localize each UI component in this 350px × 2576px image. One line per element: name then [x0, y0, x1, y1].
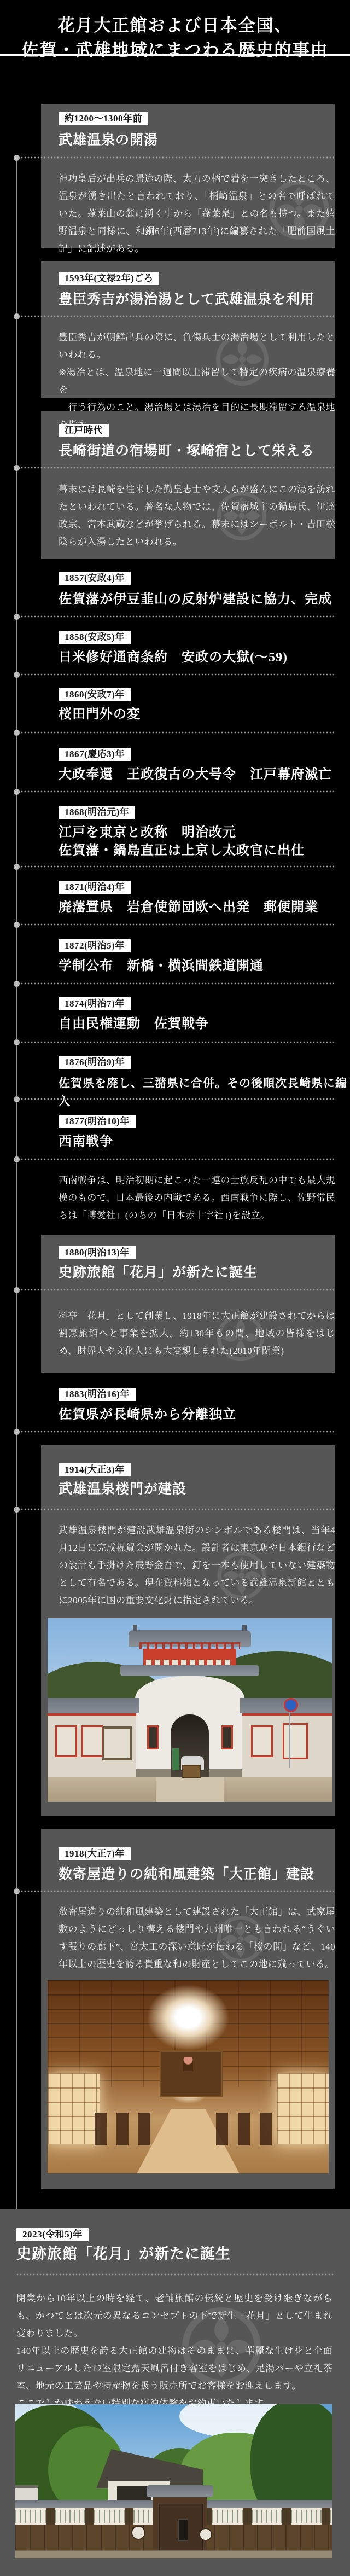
- gate-window: [147, 1725, 159, 1749]
- dotted-divider: [21, 1890, 334, 1892]
- timeline-dot: [14, 1096, 20, 1102]
- entry-17-title: 史跡旅館「花月」が新たに誕生: [16, 2245, 231, 2263]
- entry-12-title: 西南戦争: [59, 1133, 113, 1151]
- chair-row-right: [216, 2113, 282, 2145]
- right-wing-window: [251, 1725, 273, 1757]
- dotted-divider: [21, 673, 334, 676]
- timeline-dot: [14, 614, 20, 620]
- timeline-dot: [14, 789, 20, 795]
- page-title: 花月大正館および日本全国、 佐賀・武雄地域にまつわる歴史的事由: [0, 11, 350, 64]
- dotted-divider: [21, 1508, 334, 1510]
- no-parking-sign: [284, 1698, 298, 1712]
- entry-13-label: 1880(明治13)年: [59, 1246, 136, 1259]
- timeline-dot: [14, 1507, 20, 1513]
- path: [156, 1777, 224, 1802]
- entry-15-body: 武雄温泉楼門が建設武雄温泉街のシンボルである楼門は、当年4月12日に完成祝賀会が…: [59, 1522, 335, 1609]
- shoji-window-right: [277, 2073, 329, 2144]
- dotted-divider: [21, 1098, 334, 1100]
- right-wing-window: [283, 1723, 308, 1759]
- entry-13-body: 料亭「花月」として創業し、1918年に大正館が建設されてからは割烹旅館へと事業を…: [59, 1307, 335, 1360]
- timeline-dot: [14, 1156, 20, 1162]
- wooden-sign: [182, 1765, 201, 1778]
- entry-8-title: 廃藩置県 岩倉使節団欧へ出発 郵便開業: [59, 899, 318, 917]
- dotted-divider: [21, 467, 334, 469]
- timeline-dot: [14, 672, 20, 678]
- entry-1-title: 豊臣秀吉が湯治湯として武雄温泉を利用: [59, 290, 314, 309]
- entry-16-title: 数寄屋造りの純和風建築「大正館」建設: [59, 1865, 314, 1883]
- chair-row-left: [95, 2113, 160, 2145]
- entry-2-label: 江戸時代: [59, 424, 109, 437]
- entry-16-body: 数寄屋造りの純和風建築として建設された「大正館」は、武家屋敷のようにどっしり構え…: [59, 1903, 335, 1973]
- entry-1-body: 豊臣秀吉が朝鮮出兵の際に、負傷兵士の湯治場として利用したといわれる。 ※湯治とは…: [59, 329, 335, 434]
- entry-12-body: 西南戦争は、明治初期に起こった一連の士族反乱の中でも最大規模のもので、日本最後の…: [59, 1172, 335, 1224]
- entry-11-label: 1876(明治9)年: [59, 1056, 131, 1069]
- timeline-dot: [14, 313, 20, 319]
- timeline-dot: [14, 465, 20, 471]
- gate-window: [221, 1725, 233, 1749]
- entry-7-title: 江戸を東京と改称 明治改元 佐賀藩・鍋島直正は上京し太政官に出仕: [59, 824, 305, 860]
- dotted-divider: [21, 865, 334, 868]
- entry-14-label: 1883(明治16)年: [59, 1388, 136, 1401]
- photo-romon-gate: [48, 1618, 332, 1802]
- timeline-page: 花月大正館および日本全国、 佐賀・武雄地域にまつわる歴史的事由 約1200〜13…: [0, 0, 350, 2576]
- entry-13-title: 史跡旅館「花月」が新たに誕生: [59, 1264, 258, 1282]
- entry-9-label: 1872(明治5)年: [59, 939, 131, 952]
- photo-kagetsu-exterior: [15, 2404, 332, 2558]
- timeline-dot: [14, 155, 20, 161]
- entry-14-title: 佐賀県が長崎県から分離独立: [59, 1406, 236, 1424]
- entry-15-title: 武雄温泉楼門が建設: [59, 1480, 186, 1498]
- shoji-window-left: [48, 2073, 100, 2144]
- gate-arch-frieze: [146, 1660, 234, 1665]
- timeline-dot: [14, 981, 20, 987]
- timeline-dot: [14, 1287, 20, 1293]
- dotted-divider: [21, 982, 334, 985]
- entry-10-title: 自由民権運動 佐賀戦争: [59, 1015, 209, 1033]
- timeline-dot: [14, 1039, 20, 1045]
- entry-6-label: 1867(慶応3)年: [59, 748, 131, 761]
- stone-base: [15, 2550, 332, 2558]
- title-divider: [0, 54, 350, 56]
- dotted-divider: [21, 731, 334, 734]
- signboard: [102, 1726, 132, 1760]
- dotted-divider: [21, 315, 334, 317]
- entry-5-label: 1860(安政7)年: [59, 688, 131, 701]
- timeline-dot: [14, 1888, 20, 1894]
- entry-11-title: 佐賀県を廃し、三潴県に合併。その後順次長崎県に編入: [59, 1074, 350, 1110]
- entry-7-label: 1868(明治元)年: [59, 806, 135, 819]
- timeline-dot: [14, 922, 20, 928]
- roof-finial: [133, 1625, 137, 1631]
- dotted-divider: [21, 1041, 334, 1043]
- photo-taishokan-interior: [48, 1980, 329, 2173]
- gate-crest-circle: [131, 2526, 145, 2540]
- entry-9-title: 学制公布 新橋・横浜間鉄道開通: [59, 957, 264, 975]
- left-wing-window: [55, 1725, 77, 1757]
- dotted-divider: [21, 790, 334, 793]
- entry-12-label: 1877(明治10)年: [59, 1115, 136, 1128]
- entry-17-label: 2023(令和5)年: [16, 2228, 89, 2241]
- dotted-divider: [21, 615, 334, 618]
- entry-0-title: 武雄温泉の開湯: [59, 131, 158, 149]
- entry-0-body: 神功皇后が出兵の帰途の際、太刀の柄で岩を一突きしたところ、温泉が湧き出たと言われ…: [59, 170, 335, 258]
- green-stand: [172, 1748, 179, 1770]
- entry-10-label: 1874(明治7)年: [59, 997, 131, 1010]
- entry-5-title: 桜田門外の変: [59, 706, 141, 724]
- dotted-divider: [21, 156, 334, 159]
- timeline-dot: [14, 864, 20, 870]
- entry-17-body: 閉業から10年以上の時を経て、老舗旅館の伝統と歴史を受け継ぎながらも、かつてとは…: [16, 2290, 332, 2412]
- left-wing-window: [81, 1725, 103, 1757]
- entry-16-label: 1918(大正7)年: [59, 1847, 131, 1860]
- timeline-dot: [14, 1429, 20, 1435]
- fence-crest-circle: [199, 2528, 212, 2541]
- entry-0-label: 約1200〜1300年前: [59, 112, 148, 125]
- dotted-divider: [16, 2273, 334, 2276]
- gate-second-roof: [120, 1665, 259, 1676]
- chandelier-glow: [147, 1985, 229, 2050]
- dotted-divider: [21, 923, 334, 926]
- left-wing-roof: [48, 1698, 139, 1713]
- entry-2-title: 長崎街道の宿場町・塚崎宿として栄える: [59, 442, 314, 460]
- entry-3-label: 1857(安政4)年: [59, 572, 131, 585]
- dotted-divider: [21, 1289, 334, 1291]
- gate-sign: [178, 2519, 188, 2541]
- entry-4-label: 1858(安政5)年: [59, 631, 131, 644]
- entry-1-label: 1593年(文禄2年)ごろ: [59, 272, 159, 285]
- entry-2-body: 幕末には長崎を往来した勤皇志士や文人らが盛んにこの湯を訪れたといわれている。著名…: [59, 481, 335, 551]
- roof-finial: [242, 1625, 247, 1631]
- flower-arrangement: [183, 2057, 193, 2071]
- entry-8-label: 1871(明治4)年: [59, 881, 131, 894]
- dotted-divider: [21, 1158, 334, 1160]
- dotted-divider: [21, 1431, 334, 1433]
- entry-4-title: 日米修好通商条約 安政の大獄(〜59): [59, 649, 288, 667]
- timeline-dot: [14, 730, 20, 736]
- gate-roof: [147, 2485, 213, 2497]
- entry-6-title: 大政奉還 王政復古の大号令 江戸幕府滅亡: [59, 766, 332, 784]
- entry-3-title: 佐賀藩が伊豆韮山の反射炉建設に協力、完成: [59, 591, 332, 609]
- entry-15-label: 1914(大正3)年: [59, 1463, 131, 1476]
